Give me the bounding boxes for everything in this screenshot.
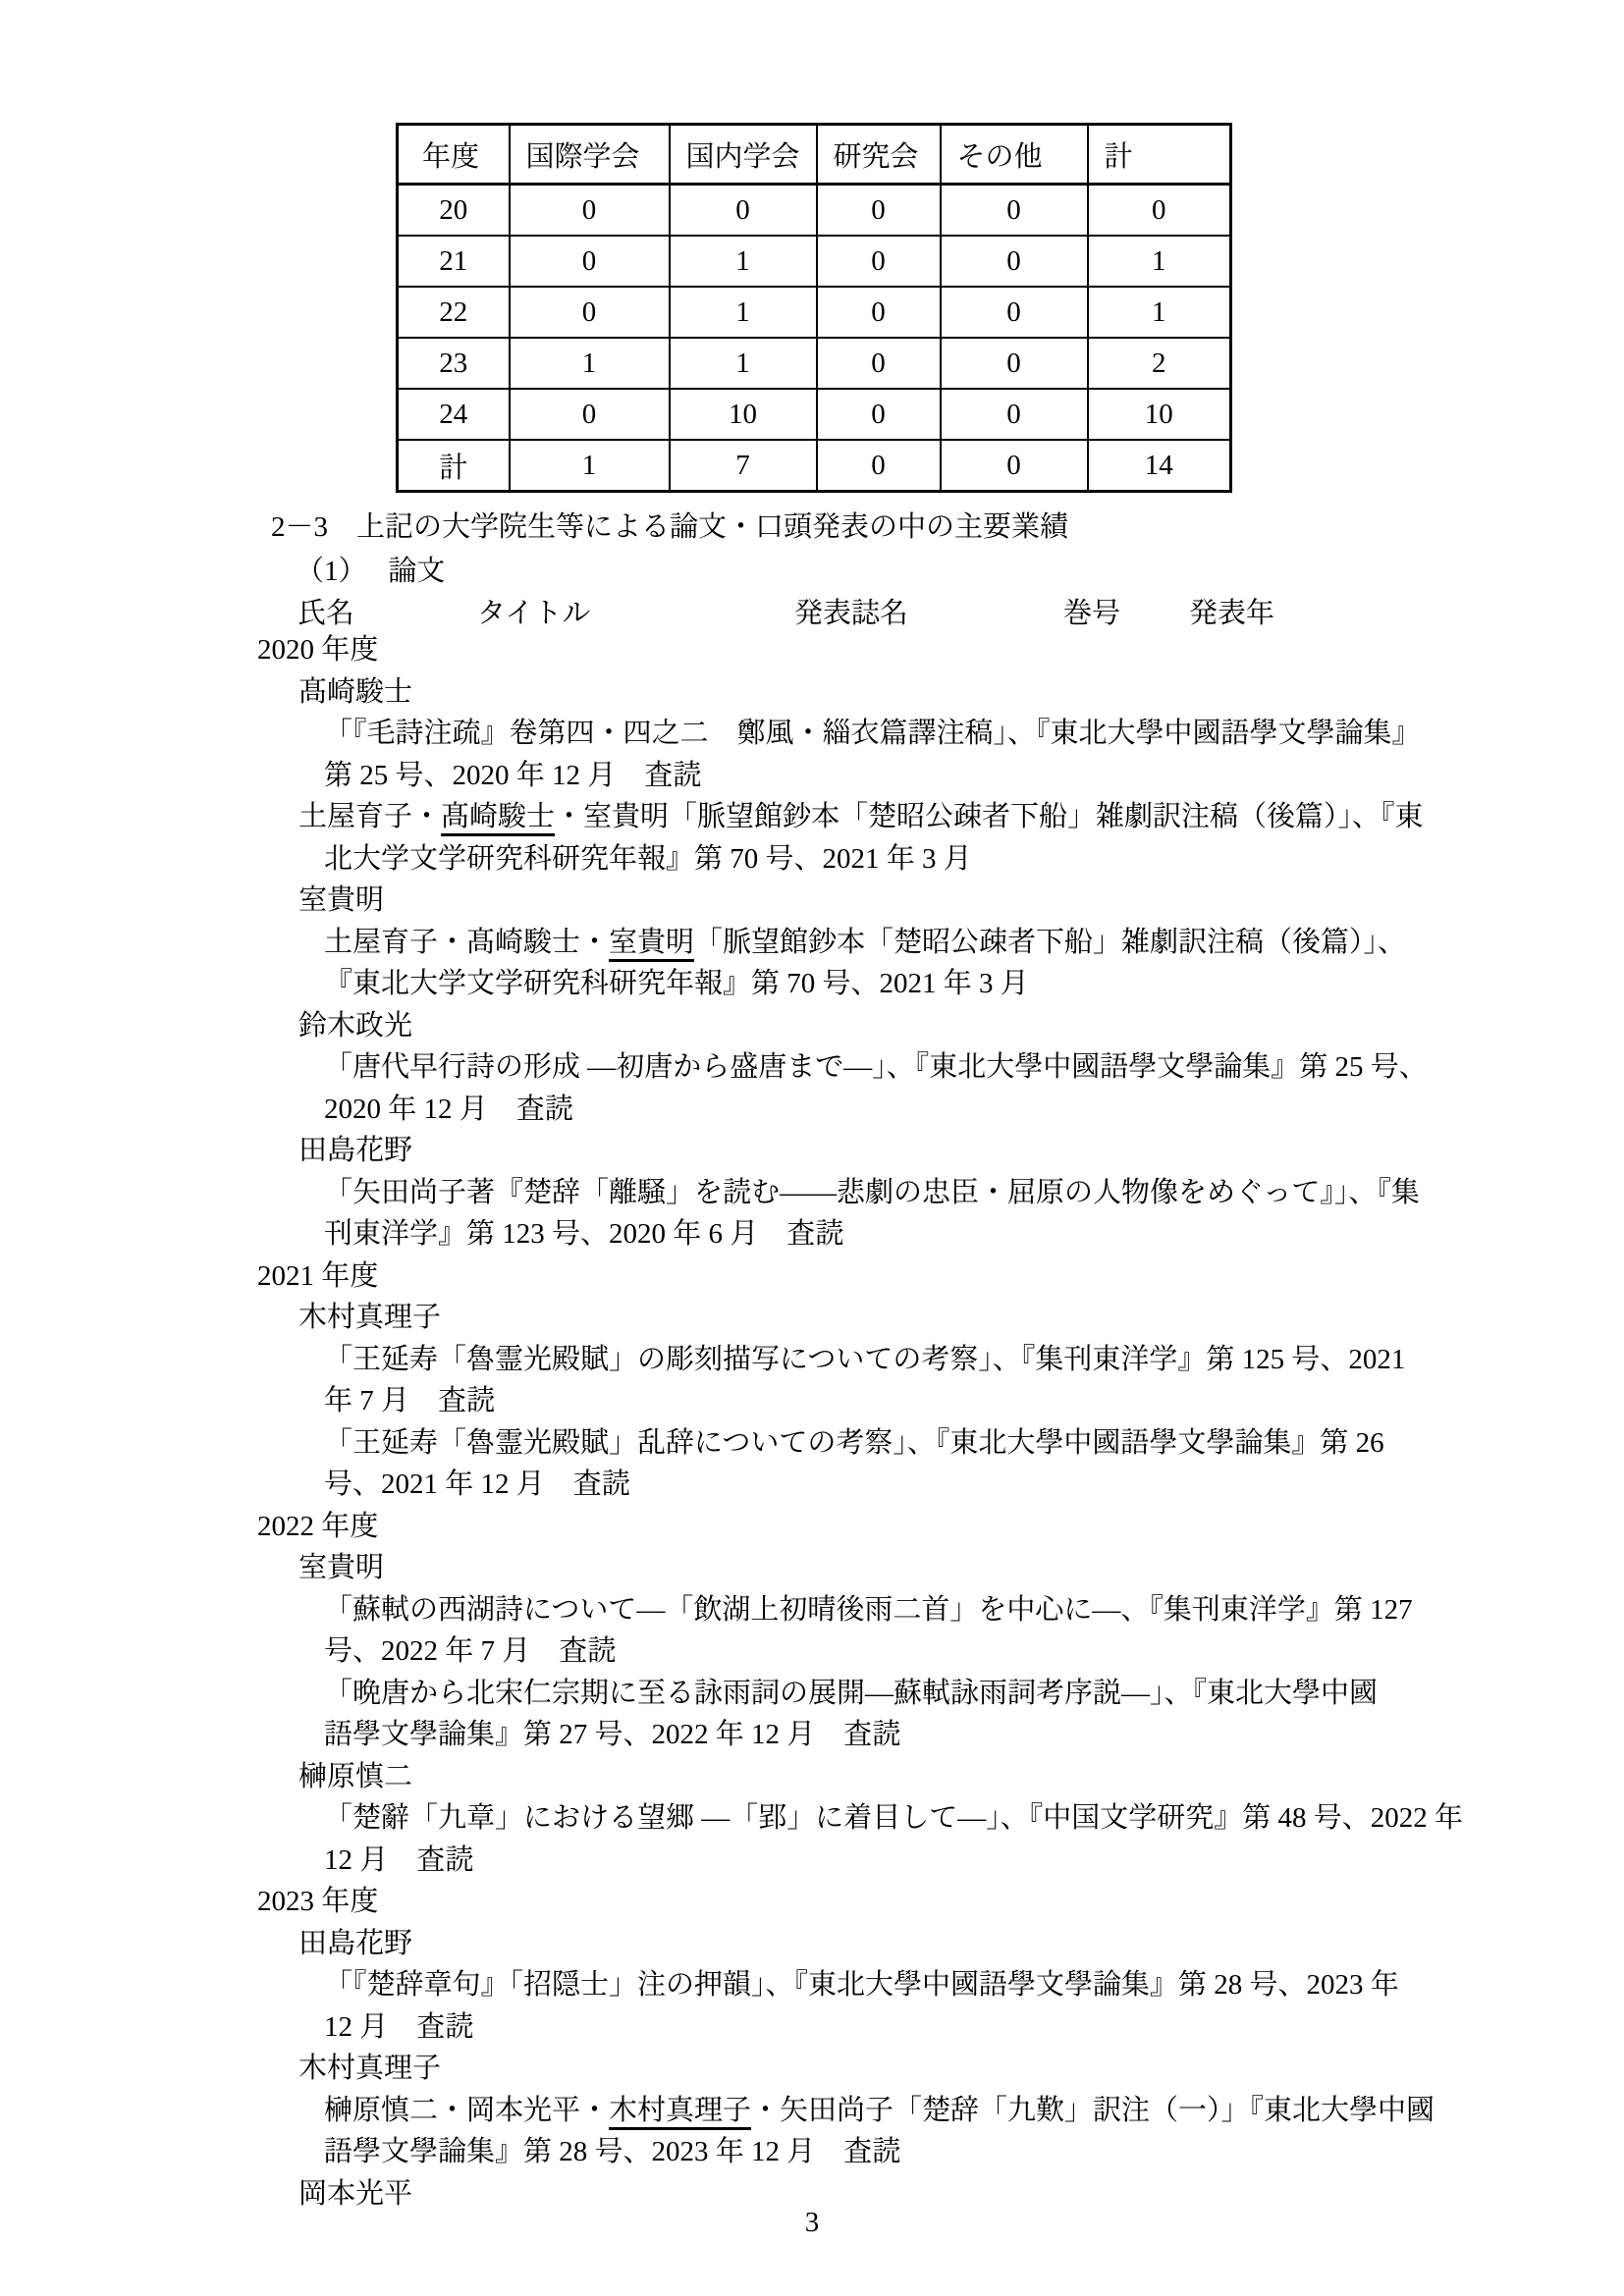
table-row: 計170014 <box>398 440 1231 492</box>
table-header-cell: 国内学会 <box>670 125 817 185</box>
text-segment: 土屋育子・ <box>298 801 441 832</box>
text-segment: 「楚辭「九章」における望郷 ―「郢」に着目して―」、『中国文学研究』第 48 号… <box>324 1802 1463 1834</box>
author-name: 鈴木政光 <box>0 1005 1624 1047</box>
author-name: 木村真理子 <box>0 2048 1624 2090</box>
text-segment: 「『毛詩注疏』卷第四・四之二 鄭風・緇衣篇譯注稿」、『東北大學中國語學文學論集』 <box>324 718 1421 749</box>
presentation-count-table: 年度国際学会国内学会研究会その他計 2000000210100122010012… <box>396 123 1232 493</box>
publication-line: 12 月 査読 <box>0 2006 1624 2049</box>
column-label-name: 氏名 <box>298 591 354 631</box>
column-label-year: 発表年 <box>1189 591 1274 631</box>
text-segment: 鈴木政光 <box>298 1010 412 1041</box>
text-segment: 2020 年 12 月 査読 <box>324 1094 573 1125</box>
publication-lines: 2020 年度髙崎駿士「『毛詩注疏』卷第四・四之二 鄭風・緇衣篇譯注稿」、『東北… <box>0 629 1624 2215</box>
table-cell: 1 <box>1088 236 1231 287</box>
page-number: 3 <box>0 2207 1624 2239</box>
publication-line: 土屋育子・髙崎駿士・室貴明「脈望館鈔本「楚昭公疎者下船」雑劇訳注稿（後篇）」、『… <box>0 796 1624 838</box>
text-segment: 土屋育子・髙崎駿士・ <box>324 927 609 958</box>
publication-line: 語學文學論集』第 28 号、2023 年 12 月 査読 <box>0 2131 1624 2173</box>
table-body: 2000000210100122010012311002240100010計17… <box>398 185 1231 492</box>
text-segment: 木村真理子 <box>298 2053 441 2084</box>
publication-line: 「唐代早行詩の形成 ―初唐から盛唐まで―」、『東北大學中國語學文學論集』第 25… <box>0 1046 1624 1089</box>
text-segment: 「晩唐から北宋仁宗期に至る詠雨詞の展開―蘇軾詠雨詞考序説―」、『東北大學中國 <box>324 1678 1378 1709</box>
text-segment: 「唐代早行詩の形成 ―初唐から盛唐まで―」、『東北大學中國語學文學論集』第 25… <box>324 1051 1428 1083</box>
text-segment: 室貴明 <box>298 1552 384 1583</box>
table-header-cell: 年度 <box>398 125 510 185</box>
author-name: 髙崎駿士 <box>0 671 1624 714</box>
table-cell: 0 <box>817 287 941 338</box>
table-cell: 20 <box>398 185 510 237</box>
publication-line: 「『楚辞章句』「招隠士」注の押韻」、『東北大學中國語學文學論集』第 28 号、2… <box>0 1964 1624 2006</box>
table-cell: 1 <box>510 440 670 492</box>
column-label-volume: 巻号 <box>1063 591 1120 631</box>
table-cell: 0 <box>817 236 941 287</box>
year-group-heading: 2020 年度 <box>0 629 1624 671</box>
text-segment: 田島花野 <box>298 1135 412 1166</box>
text-segment: 2023 年度 <box>257 1886 378 1917</box>
publication-line: 年 7 月 査読 <box>0 1380 1624 1422</box>
table-cell: 0 <box>817 185 941 237</box>
text-segment: 語學文學論集』第 28 号、2023 年 12 月 査読 <box>324 2136 900 2167</box>
text-segment: 刊東洋学』第 123 号、2020 年 6 月 査読 <box>324 1218 843 1250</box>
section-subheading: （1） 論文 <box>296 549 445 589</box>
publication-line: 「晩唐から北宋仁宗期に至る詠雨詞の展開―蘇軾詠雨詞考序説―」、『東北大學中國 <box>0 1673 1624 1715</box>
table-header-cell: 研究会 <box>817 125 941 185</box>
text-segment: 榊原慎二・岡本光平・ <box>324 2095 609 2126</box>
table-cell: 21 <box>398 236 510 287</box>
text-segment: 髙崎駿士 <box>298 676 412 708</box>
publication-line: 『東北大学文学研究科研究年報』第 70 号、2021 年 3 月 <box>0 963 1624 1005</box>
publication-line: 号、2021 年 12 月 査読 <box>0 1464 1624 1506</box>
table-cell: 計 <box>398 440 510 492</box>
author-name: 室貴明 <box>0 880 1624 922</box>
table-cell: 1 <box>670 287 817 338</box>
table-cell: 0 <box>1088 185 1231 237</box>
text-segment: ・室貴明「脈望館鈔本「楚昭公疎者下船」雑劇訳注稿（後篇）」、『東 <box>555 801 1424 832</box>
table-cell: 14 <box>1088 440 1231 492</box>
text-segment: 2022 年度 <box>257 1511 378 1542</box>
table-cell: 1 <box>670 236 817 287</box>
text-segment: ・矢田尚子「楚辞「九歎」訳注（一）」『東北大學中國 <box>751 2095 1435 2126</box>
table-cell: 1 <box>1088 287 1231 338</box>
text-segment: 号、2021 年 12 月 査読 <box>324 1468 630 1500</box>
text-segment: 12 月 査読 <box>324 1844 473 1876</box>
text-segment: 『東北大学文学研究科研究年報』第 70 号、2021 年 3 月 <box>324 968 1029 999</box>
table-cell: 0 <box>941 287 1088 338</box>
table-cell: 0 <box>817 338 941 389</box>
section-heading: 2－3 上記の大学院生等による論文・口頭発表の中の主要業績 <box>271 505 1068 545</box>
publication-line: 「矢田尚子著『楚辞「離騒」を読む――悲劇の忠臣・屈原の人物像をめぐって』」、『集 <box>0 1172 1624 1214</box>
text-segment: 2021 年度 <box>257 1260 378 1292</box>
publication-line: 2020 年 12 月 査読 <box>0 1089 1624 1131</box>
table-cell: 0 <box>670 185 817 237</box>
table-row: 240100010 <box>398 389 1231 440</box>
table-header-row: 年度国際学会国内学会研究会その他計 <box>398 125 1231 185</box>
table-cell: 22 <box>398 287 510 338</box>
publication-line: 「王延寿「魯霊光殿賦」乱辞についての考察」、『東北大學中國語學文學論集』第 26 <box>0 1422 1624 1465</box>
underlined-author-name: 髙崎駿士 <box>441 801 555 836</box>
table-cell: 0 <box>510 236 670 287</box>
publication-line: 語學文學論集』第 27 号、2022 年 12 月 査読 <box>0 1714 1624 1756</box>
author-name: 室貴明 <box>0 1547 1624 1589</box>
publication-line: 「蘇軾の西湖詩について―「飲湖上初晴後雨二首」を中心に―、『集刊東洋学』第 12… <box>0 1589 1624 1631</box>
text-segment: 「王延寿「魯霊光殿賦」の彫刻描写についての考察」、『集刊東洋学』第 125 号、… <box>324 1344 1405 1375</box>
table-cell: 0 <box>510 389 670 440</box>
table-cell: 0 <box>941 389 1088 440</box>
table-cell: 1 <box>670 338 817 389</box>
table-row: 年度国際学会国内学会研究会その他計 <box>398 125 1231 185</box>
year-group-heading: 2021 年度 <box>0 1255 1624 1298</box>
table-cell: 10 <box>1088 389 1231 440</box>
text-segment: 「蘇軾の西湖詩について―「飲湖上初晴後雨二首」を中心に―、『集刊東洋学』第 12… <box>324 1594 1413 1626</box>
text-segment: 「『楚辞章句』「招隠士」注の押韻」、『東北大學中國語學文學論集』第 28 号、2… <box>324 1969 1399 2001</box>
text-segment: 「矢田尚子著『楚辞「離騒」を読む――悲劇の忠臣・屈原の人物像をめぐって』」、『集 <box>324 1177 1420 1208</box>
table-row: 2101001 <box>398 236 1231 287</box>
text-segment: 北大学文学研究科研究年報』第 70 号、2021 年 3 月 <box>324 843 972 875</box>
table-cell: 0 <box>510 185 670 237</box>
publication-line: 刊東洋学』第 123 号、2020 年 6 月 査読 <box>0 1213 1624 1255</box>
text-segment: 木村真理子 <box>298 1302 441 1333</box>
year-group-heading: 2023 年度 <box>0 1881 1624 1923</box>
text-segment: 「王延寿「魯霊光殿賦」乱辞についての考察」、『東北大學中國語學文學論集』第 26 <box>324 1427 1384 1459</box>
text-segment: 岡本光平 <box>298 2178 412 2210</box>
table-cell: 24 <box>398 389 510 440</box>
text-segment: 榊原慎二 <box>298 1761 412 1792</box>
publication-line: 土屋育子・髙崎駿士・室貴明「脈望館鈔本「楚昭公疎者下船」雑劇訳注稿（後篇）」、 <box>0 922 1624 964</box>
text-segment: 「脈望館鈔本「楚昭公疎者下船」雑劇訳注稿（後篇）」、 <box>694 927 1406 958</box>
table-cell: 0 <box>817 440 941 492</box>
text-segment: 田島花野 <box>298 1928 412 1959</box>
author-name: 榊原慎二 <box>0 1756 1624 1798</box>
table-header-cell: その他 <box>941 125 1088 185</box>
year-group-heading: 2022 年度 <box>0 1506 1624 1548</box>
table-cell: 0 <box>510 287 670 338</box>
author-name: 木村真理子 <box>0 1297 1624 1339</box>
table-row: 2201001 <box>398 287 1231 338</box>
author-name: 田島花野 <box>0 1923 1624 1965</box>
table-cell: 0 <box>817 389 941 440</box>
author-name: 田島花野 <box>0 1130 1624 1172</box>
text-segment: 12 月 査読 <box>324 2011 473 2043</box>
table-cell: 23 <box>398 338 510 389</box>
text-segment: 語學文學論集』第 27 号、2022 年 12 月 査読 <box>324 1719 900 1750</box>
underlined-author-name: 木村真理子 <box>609 2095 751 2130</box>
column-label-journal: 発表誌名 <box>794 591 908 631</box>
table-cell: 7 <box>670 440 817 492</box>
publication-line: 「『毛詩注疏』卷第四・四之二 鄭風・緇衣篇譯注稿」、『東北大學中國語學文學論集』 <box>0 713 1624 755</box>
publication-line: 榊原慎二・岡本光平・木村真理子・矢田尚子「楚辞「九歎」訳注（一）」『東北大學中國 <box>0 2090 1624 2132</box>
table-header-cell: 国際学会 <box>510 125 670 185</box>
text-segment: 年 7 月 査読 <box>324 1385 495 1416</box>
table-cell: 1 <box>510 338 670 389</box>
table-cell: 0 <box>941 440 1088 492</box>
underlined-author-name: 室貴明 <box>609 927 694 962</box>
table-row: 2311002 <box>398 338 1231 389</box>
table-cell: 10 <box>670 389 817 440</box>
publication-line: 第 25 号、2020 年 12 月 査読 <box>0 755 1624 797</box>
table-header-cell: 計 <box>1088 125 1231 185</box>
text-segment: 第 25 号、2020 年 12 月 査読 <box>324 760 701 791</box>
table-cell: 0 <box>941 185 1088 237</box>
text-segment: 室貴明 <box>298 884 384 916</box>
column-label-title: タイトル <box>477 591 590 631</box>
document-page: 年度国際学会国内学会研究会その他計 2000000210100122010012… <box>0 0 1624 2296</box>
publication-line: 「楚辭「九章」における望郷 ―「郢」に着目して―」、『中国文学研究』第 48 号… <box>0 1797 1624 1840</box>
publication-line: 12 月 査読 <box>0 1840 1624 1882</box>
text-segment: 2020 年度 <box>257 634 378 666</box>
table-cell: 2 <box>1088 338 1231 389</box>
table-row: 2000000 <box>398 185 1231 237</box>
publication-line: 「王延寿「魯霊光殿賦」の彫刻描写についての考察」、『集刊東洋学』第 125 号、… <box>0 1339 1624 1381</box>
text-segment: 号、2022 年 7 月 査読 <box>324 1635 616 1667</box>
publication-line: 号、2022 年 7 月 査読 <box>0 1630 1624 1673</box>
table-cell: 0 <box>941 338 1088 389</box>
table-cell: 0 <box>941 236 1088 287</box>
publication-line: 北大学文学研究科研究年報』第 70 号、2021 年 3 月 <box>0 838 1624 881</box>
